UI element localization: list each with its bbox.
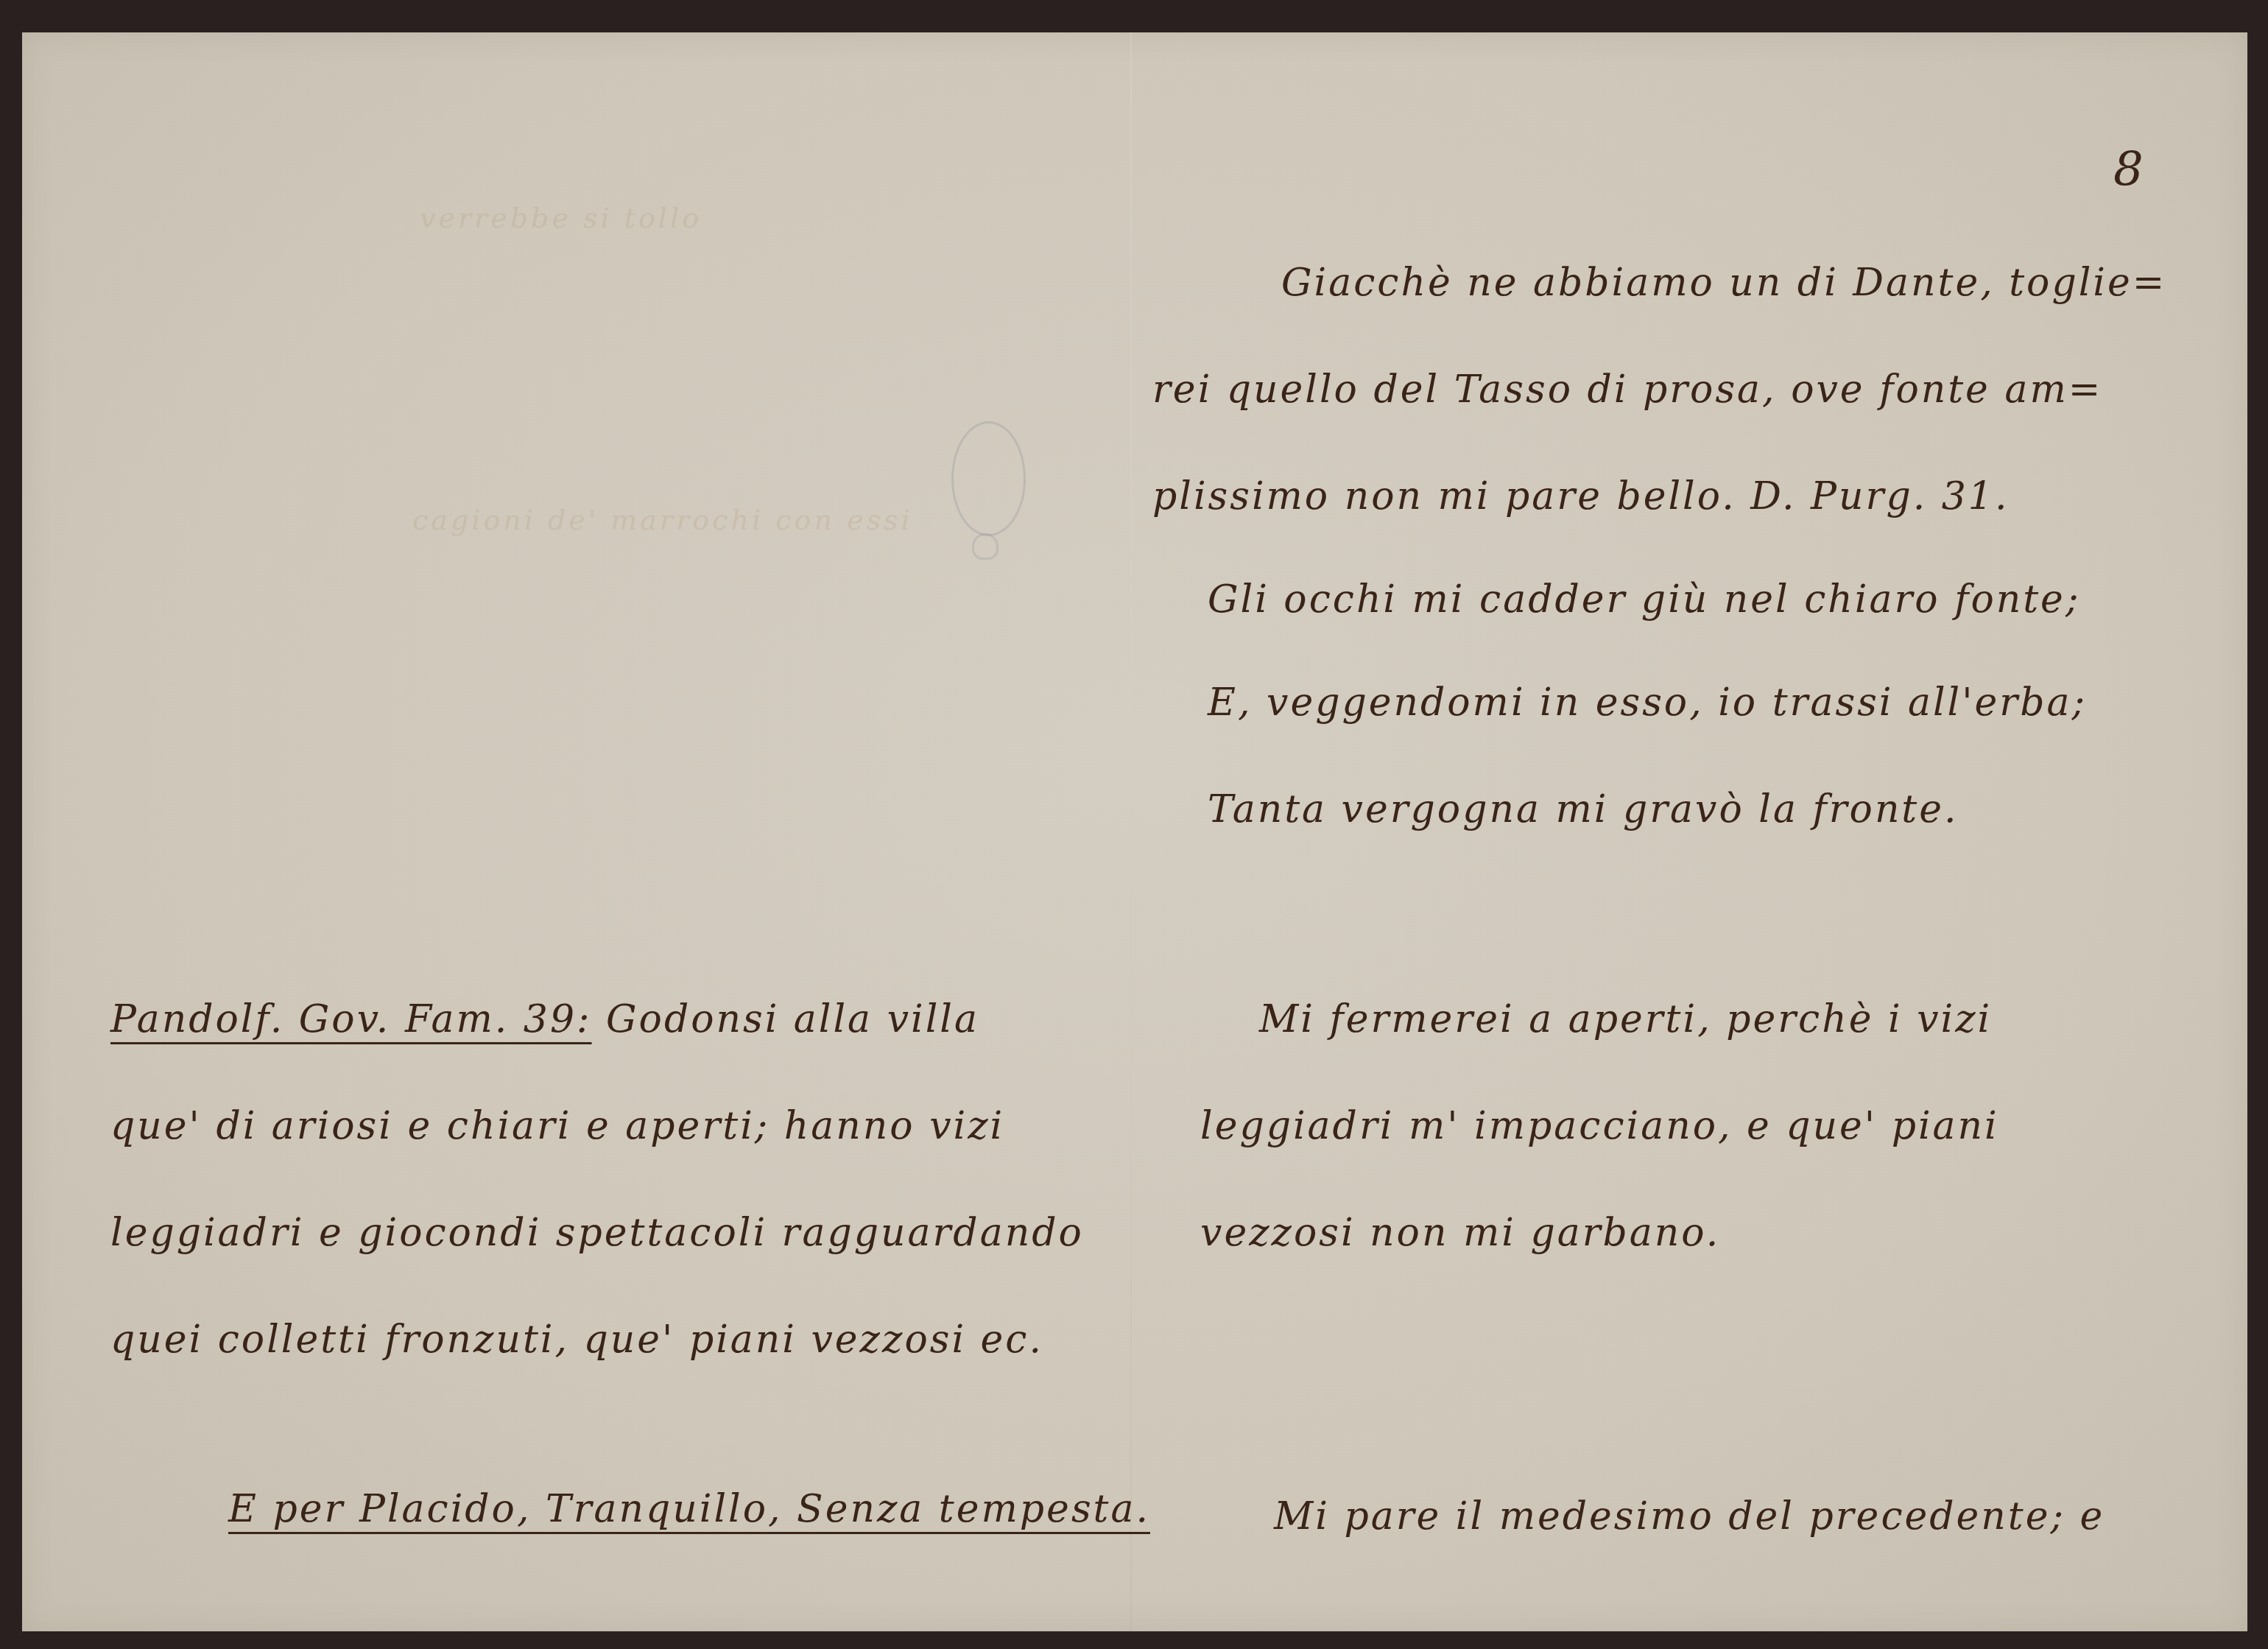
left-para1-line3: leggiadri e giocondi spettacoli ragguard… xyxy=(110,1211,1084,1255)
right-para1-line2: rei quello del Tasso di prosa, ove fonte… xyxy=(1152,368,2102,412)
left-para1-line2: que' di ariosi e chiari e aperti; hanno … xyxy=(110,1104,1004,1148)
left-para1-line1: Pandolf. Gov. Fam. 39: Godonsi alla vill… xyxy=(110,997,979,1041)
manuscript-page: verrebbe si tollo cagioni de' marrochi c… xyxy=(22,32,2247,1631)
right-para1-line1: Giacchè ne abbiamo un di Dante, toglie= xyxy=(1281,261,2166,305)
stamp-tail xyxy=(972,533,999,560)
right-para1-line3: plissimo non mi pare bello. D. Purg. 31. xyxy=(1152,474,2009,518)
left-para2: E per Placido, Tranquillo, Senza tempest… xyxy=(228,1487,1150,1531)
bleed-through-text: verrebbe si tollo xyxy=(420,202,702,234)
bleed-through-text: cagioni de' marrochi con essi xyxy=(412,504,913,536)
page-number: 8 xyxy=(2113,143,2144,197)
oval-stamp xyxy=(951,421,1026,536)
quote-line1: Gli occhi mi cadder giù nel chiaro fonte… xyxy=(1208,577,2080,622)
right-para2-line3: vezzosi non mi garbano. xyxy=(1200,1211,1720,1255)
fold-line xyxy=(1130,32,1132,1631)
citation-ref: Pandolf. Gov. Fam. 39: xyxy=(110,997,592,1041)
right-para2-line1: Mi fermerei a aperti, perchè i vizi xyxy=(1259,997,1992,1041)
quote-line2: E, veggendomi in esso, io trassi all'erb… xyxy=(1208,681,2087,725)
left-para1-line4: quei colletti fronzuti, que' piani vezzo… xyxy=(110,1318,1043,1362)
quote-line3: Tanta vergogna mi gravò la fronte. xyxy=(1208,787,1959,831)
right-para3-line1: Mi pare il medesimo del precedente; e xyxy=(1274,1494,2105,1539)
right-para2-line2: leggiadri m' impacciano, e que' piani xyxy=(1200,1104,1999,1148)
